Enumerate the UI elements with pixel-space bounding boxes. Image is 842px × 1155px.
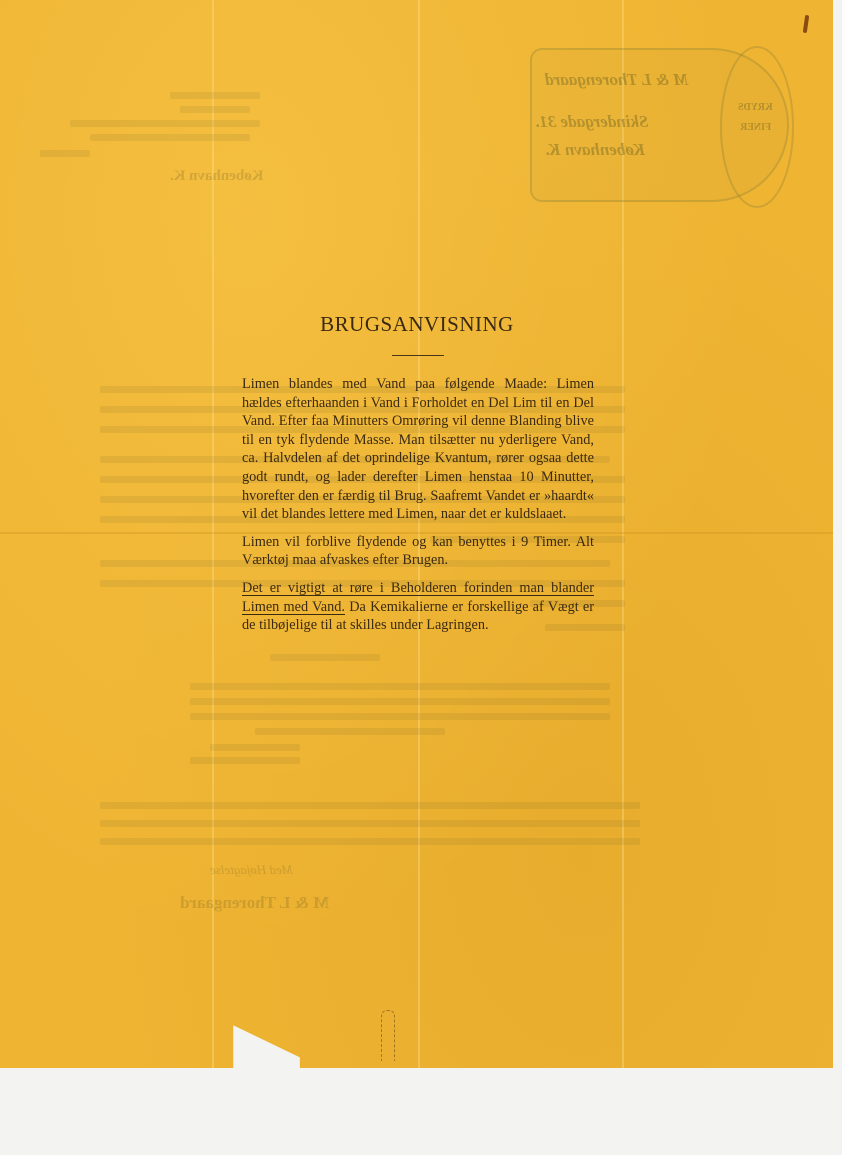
- paragraph-mixing: Limen blandes med Vand paa følgende Maad…: [242, 375, 594, 524]
- title-divider: [392, 355, 444, 356]
- show-through-city: København K.: [170, 168, 263, 185]
- show-through-line: [100, 820, 640, 827]
- punch-mark: [381, 1010, 395, 1061]
- show-through-line: [270, 654, 380, 661]
- show-through-signature: M & L Thorengaard: [180, 893, 329, 913]
- show-through-line: [210, 744, 300, 751]
- stamp-end-text: FINER: [740, 122, 771, 133]
- show-through-line: [170, 92, 260, 99]
- stamp-line: København K.: [545, 140, 645, 160]
- paragraph-usage-time: Limen vil forblive flydende og kan benyt…: [242, 533, 594, 570]
- show-through-line: [190, 683, 610, 690]
- stamp-end-text: KRYDS: [738, 102, 773, 113]
- show-through-line: [100, 802, 640, 809]
- show-through-line: [90, 134, 250, 141]
- show-through-line: [190, 757, 300, 764]
- document-title: BRUGSANVISNING: [230, 312, 604, 337]
- show-through-line: [40, 150, 90, 157]
- instructions-body: Limen blandes med Vand paa følgende Maad…: [242, 375, 594, 644]
- show-through-line: [255, 728, 445, 735]
- show-through-line: [70, 120, 260, 127]
- stain-mark: [803, 15, 809, 33]
- show-through-line: [100, 838, 640, 845]
- show-through-line: [190, 713, 610, 720]
- stamp-line: M & L Thorengaard: [545, 70, 688, 90]
- paragraph-stirring: Det er vigtigt at røre i Beholderen fori…: [242, 579, 594, 635]
- show-through-greeting: Med Højagtelse: [210, 862, 293, 878]
- show-through-line: [190, 698, 610, 705]
- stamp-line: Skindergade 31.: [535, 112, 648, 132]
- show-through-line: [180, 106, 250, 113]
